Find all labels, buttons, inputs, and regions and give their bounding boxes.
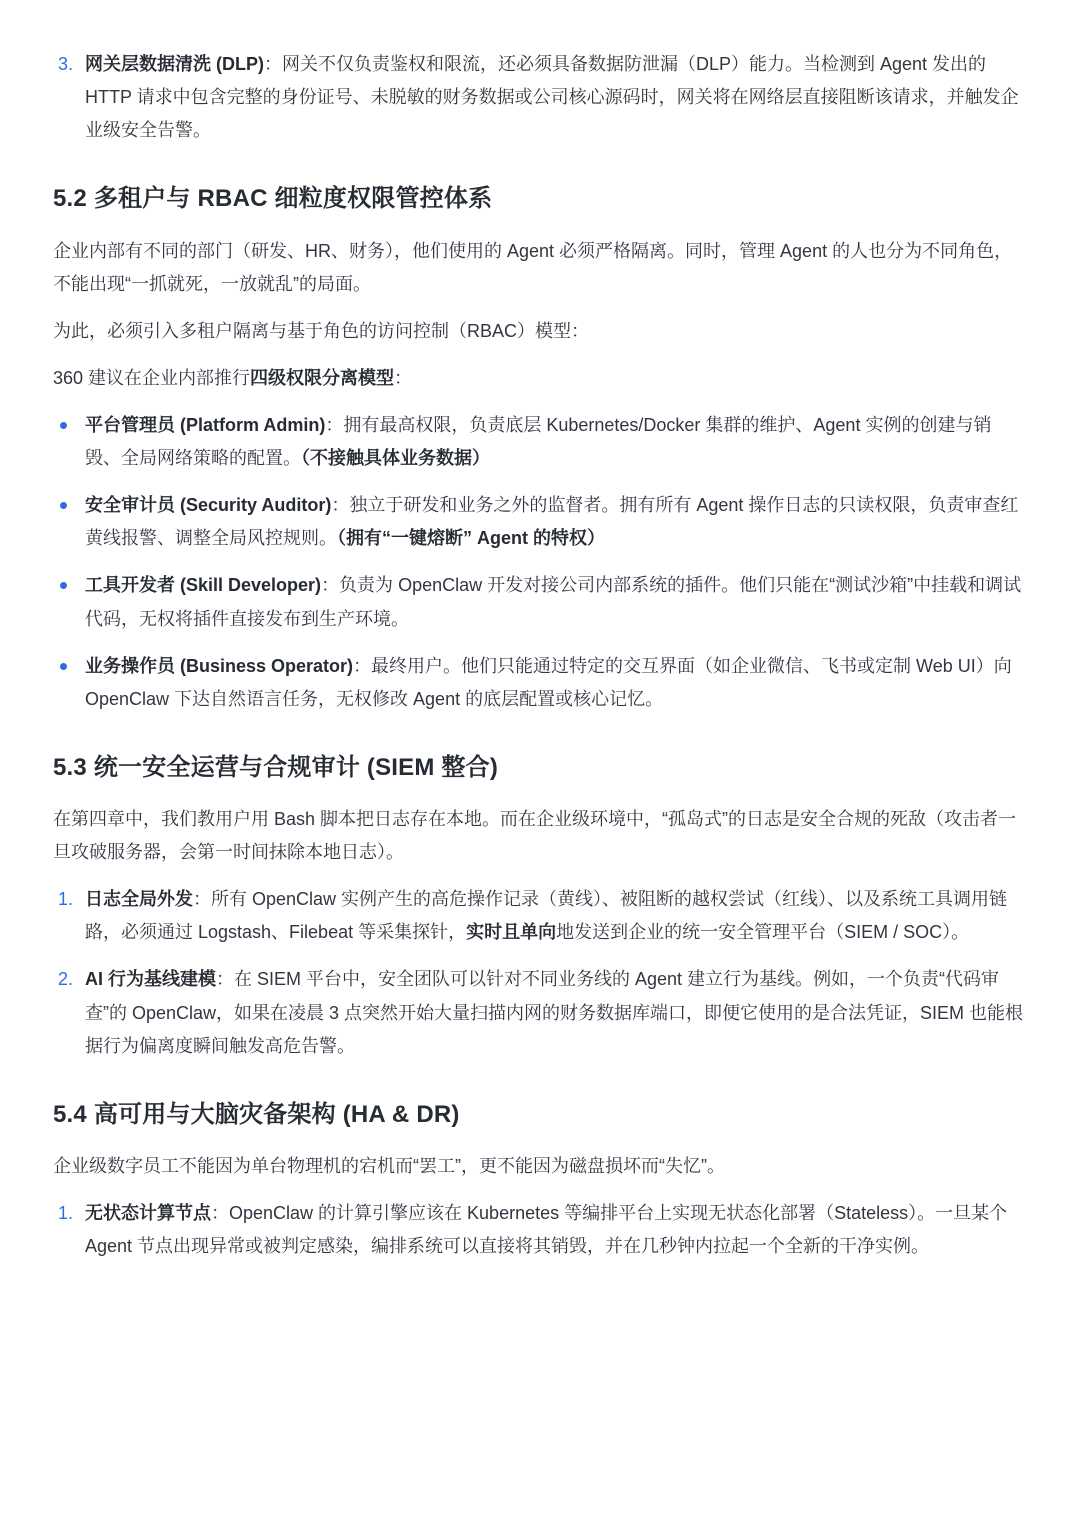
list-item-text: 平台管理员 (Platform Admin)：拥有最高权限，负责底层 Kuber… (85, 409, 1027, 475)
paragraph-52-intro: 企业内部有不同的部门（研发、HR、财务），他们使用的 Agent 必须严格隔离。… (53, 235, 1027, 301)
bullet-icon (60, 422, 67, 429)
section-heading-5-2: 5.2 多租户与 RBAC 细粒度权限管控体系 (53, 183, 1027, 214)
list-item-dlp: 3. 网关层数据清洗 (DLP)：网关不仅负责鉴权和限流，还必须具备数据防泄漏（… (53, 48, 1027, 147)
paragraph-prefix: 360 建议在企业内部推行 (53, 368, 250, 388)
paragraph-52-rbac: 为此，必须引入多租户隔离与基于角色的访问控制（RBAC）模型： (53, 315, 1027, 348)
section-heading-5-3: 5.3 统一安全运营与合规审计 (SIEM 整合) (53, 752, 1027, 783)
role-title: 安全审计员 (Security Auditor) (85, 495, 331, 515)
list-item-platform-admin: 平台管理员 (Platform Admin)：拥有最高权限，负责底层 Kuber… (53, 409, 1027, 475)
roles-bullet-list: 平台管理员 (Platform Admin)：拥有最高权限，负责底层 Kuber… (53, 409, 1027, 716)
paragraph-suffix: ： (394, 368, 412, 388)
bullet-marker-col (53, 489, 85, 509)
bullet-icon (60, 582, 67, 589)
item-bold-mid: 实时且单向 (466, 922, 556, 942)
siem-ordered-list: 1. 日志全局外发：所有 OpenClaw 实例产生的高危操作记录（黄线）、被阻… (53, 883, 1027, 1063)
list-item-text: 网关层数据清洗 (DLP)：网关不仅负责鉴权和限流，还必须具备数据防泄漏（DLP… (85, 48, 1027, 147)
bullet-marker-col (53, 650, 85, 670)
paragraph-54-intro: 企业级数字员工不能因为单台物理机的宕机而“罢工”，更不能因为磁盘损坏而“失忆”。 (53, 1150, 1027, 1183)
role-title: 工具开发者 (Skill Developer) (85, 575, 321, 595)
role-bold-note: （拥有“一键熔断” Agent 的特权） (337, 528, 605, 548)
term-four-level-model: 四级权限分离模型 (250, 368, 394, 388)
paragraph-52-model: 360 建议在企业内部推行四级权限分离模型： (53, 362, 1027, 395)
item-title: 日志全局外发 (85, 889, 193, 909)
list-item-log-forwarding: 1. 日志全局外发：所有 OpenClaw 实例产生的高危操作记录（黄线）、被阻… (53, 883, 1027, 949)
bullet-marker-col (53, 569, 85, 589)
item-body: ：OpenClaw 的计算引擎应该在 Kubernetes 等编排平台上实现无状… (85, 1203, 1007, 1256)
item-title: AI 行为基线建模 (85, 969, 216, 989)
item-body-tail: 地发送到企业的统一安全管理平台（SIEM / SOC）。 (556, 922, 969, 942)
paragraph-53-intro: 在第四章中，我们教用户用 Bash 脚本把日志存在本地。而在企业级环境中，“孤岛… (53, 803, 1027, 869)
article-page: 3. 网关层数据清洗 (DLP)：网关不仅负责鉴权和限流，还必须具备数据防泄漏（… (0, 0, 1080, 1457)
item-body: ：在 SIEM 平台中，安全团队可以针对不同业务线的 Agent 建立行为基线。… (85, 969, 1023, 1055)
role-title: 平台管理员 (Platform Admin) (85, 415, 325, 435)
list-number-marker: 1. (53, 1197, 85, 1230)
role-bold-note: （不接触具体业务数据） (301, 448, 490, 468)
list-item-stateless-node: 1. 无状态计算节点：OpenClaw 的计算引擎应该在 Kubernetes … (53, 1197, 1027, 1263)
list-item-text: 安全审计员 (Security Auditor)：独立于研发和业务之外的监督者。… (85, 489, 1027, 555)
list-number-marker: 3. (53, 48, 85, 81)
list-item-skill-developer: 工具开发者 (Skill Developer)：负责为 OpenClaw 开发对… (53, 569, 1027, 635)
ha-ordered-list: 1. 无状态计算节点：OpenClaw 的计算引擎应该在 Kubernetes … (53, 1197, 1027, 1263)
list-item-text: 业务操作员 (Business Operator)：最终用户。他们只能通过特定的… (85, 650, 1027, 716)
item-title: 无状态计算节点 (85, 1203, 211, 1223)
bullet-marker-col (53, 409, 85, 429)
list-item-text: 工具开发者 (Skill Developer)：负责为 OpenClaw 开发对… (85, 569, 1027, 635)
list-item-text: 日志全局外发：所有 OpenClaw 实例产生的高危操作记录（黄线）、被阻断的越… (85, 883, 1027, 949)
section-heading-5-4: 5.4 高可用与大脑灾备架构 (HA & DR) (53, 1099, 1027, 1130)
list-item-business-operator: 业务操作员 (Business Operator)：最终用户。他们只能通过特定的… (53, 650, 1027, 716)
list-item-text: 无状态计算节点：OpenClaw 的计算引擎应该在 Kubernetes 等编排… (85, 1197, 1027, 1263)
bullet-icon (60, 502, 67, 509)
list-number-marker: 2. (53, 963, 85, 996)
list-item-text: AI 行为基线建模：在 SIEM 平台中，安全团队可以针对不同业务线的 Agen… (85, 963, 1027, 1062)
role-title: 业务操作员 (Business Operator) (85, 656, 353, 676)
term-dlp-title: 网关层数据清洗 (DLP) (85, 54, 264, 74)
bullet-icon (60, 663, 67, 670)
list-item-ai-baseline: 2. AI 行为基线建模：在 SIEM 平台中，安全团队可以针对不同业务线的 A… (53, 963, 1027, 1062)
list-item-security-auditor: 安全审计员 (Security Auditor)：独立于研发和业务之外的监督者。… (53, 489, 1027, 555)
list-number-marker: 1. (53, 883, 85, 916)
